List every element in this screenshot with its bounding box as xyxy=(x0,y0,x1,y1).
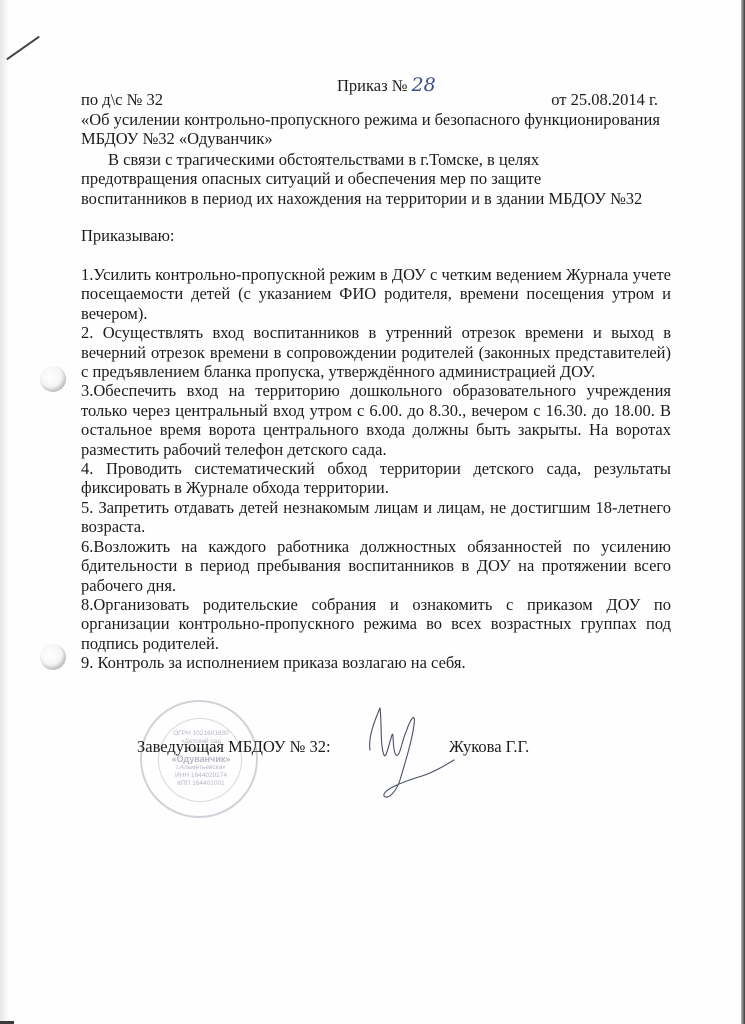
preamble-line: предотвращения опасных ситуаций и обеспе… xyxy=(81,169,671,188)
order-heading-line: МБДОУ №32 «Одуванчик» xyxy=(81,129,671,148)
stamp-line: г.Альметьевска» xyxy=(142,764,260,772)
order-item: 9. Контроль за исполнением приказа возла… xyxy=(81,653,671,672)
signatory-title: Заведующая МБДОУ № 32: xyxy=(137,737,331,757)
scanned-page: Приказ №28 по д\с № 32 от 25.08.2014 г. … xyxy=(0,0,745,1024)
order-verb: Приказываю: xyxy=(81,226,671,245)
order-date: от 25.08.2014 г. xyxy=(551,90,658,110)
institution-reference: по д\с № 32 xyxy=(81,90,163,110)
order-preamble: В связи с трагическими обстоятельствами … xyxy=(81,150,671,208)
order-item: 6.Возложить на каждого работника должнос… xyxy=(81,537,671,595)
preamble-line: В связи с трагическими обстоятельствами … xyxy=(81,150,671,169)
order-item: 1.Усилить контрольно-пропускной режим в … xyxy=(81,265,671,323)
order-item: 5. Запретить отдавать детей незнакомым л… xyxy=(81,498,671,537)
order-heading: «Об усилении контрольно-пропускного режи… xyxy=(81,110,671,149)
official-stamp-icon: ОГРН 1021601630 «Детский сад вида №32 «О… xyxy=(140,700,258,818)
scanner-edge-border xyxy=(741,0,745,1024)
stamp-line: КПП 164401001 xyxy=(142,780,260,788)
page-left-shadow xyxy=(0,0,8,1024)
order-item: 8.Организовать родительские собрания и о… xyxy=(81,595,671,653)
pen-stroke-mark xyxy=(6,36,40,61)
punch-hole-icon xyxy=(40,366,66,392)
punch-hole-icon xyxy=(40,644,66,670)
handwritten-signature-icon xyxy=(362,700,462,820)
order-item: 2. Осуществлять вход воспитанников в утр… xyxy=(81,323,671,381)
stamp-line: ИНН 1644020174 xyxy=(142,772,260,780)
order-heading-line: «Об усилении контрольно-пропускного режи… xyxy=(81,110,671,129)
order-item: 3.Обеспечить вход на территорию дошкольн… xyxy=(81,381,671,459)
preamble-line: воспитанников в период их нахождения на … xyxy=(81,189,671,208)
order-meta-row: по д\с № 32 от 25.08.2014 г. xyxy=(81,90,658,110)
order-items-list: 1.Усилить контрольно-пропускной режим в … xyxy=(81,265,671,673)
order-item: 4. Проводить систематический обход терри… xyxy=(81,459,671,498)
